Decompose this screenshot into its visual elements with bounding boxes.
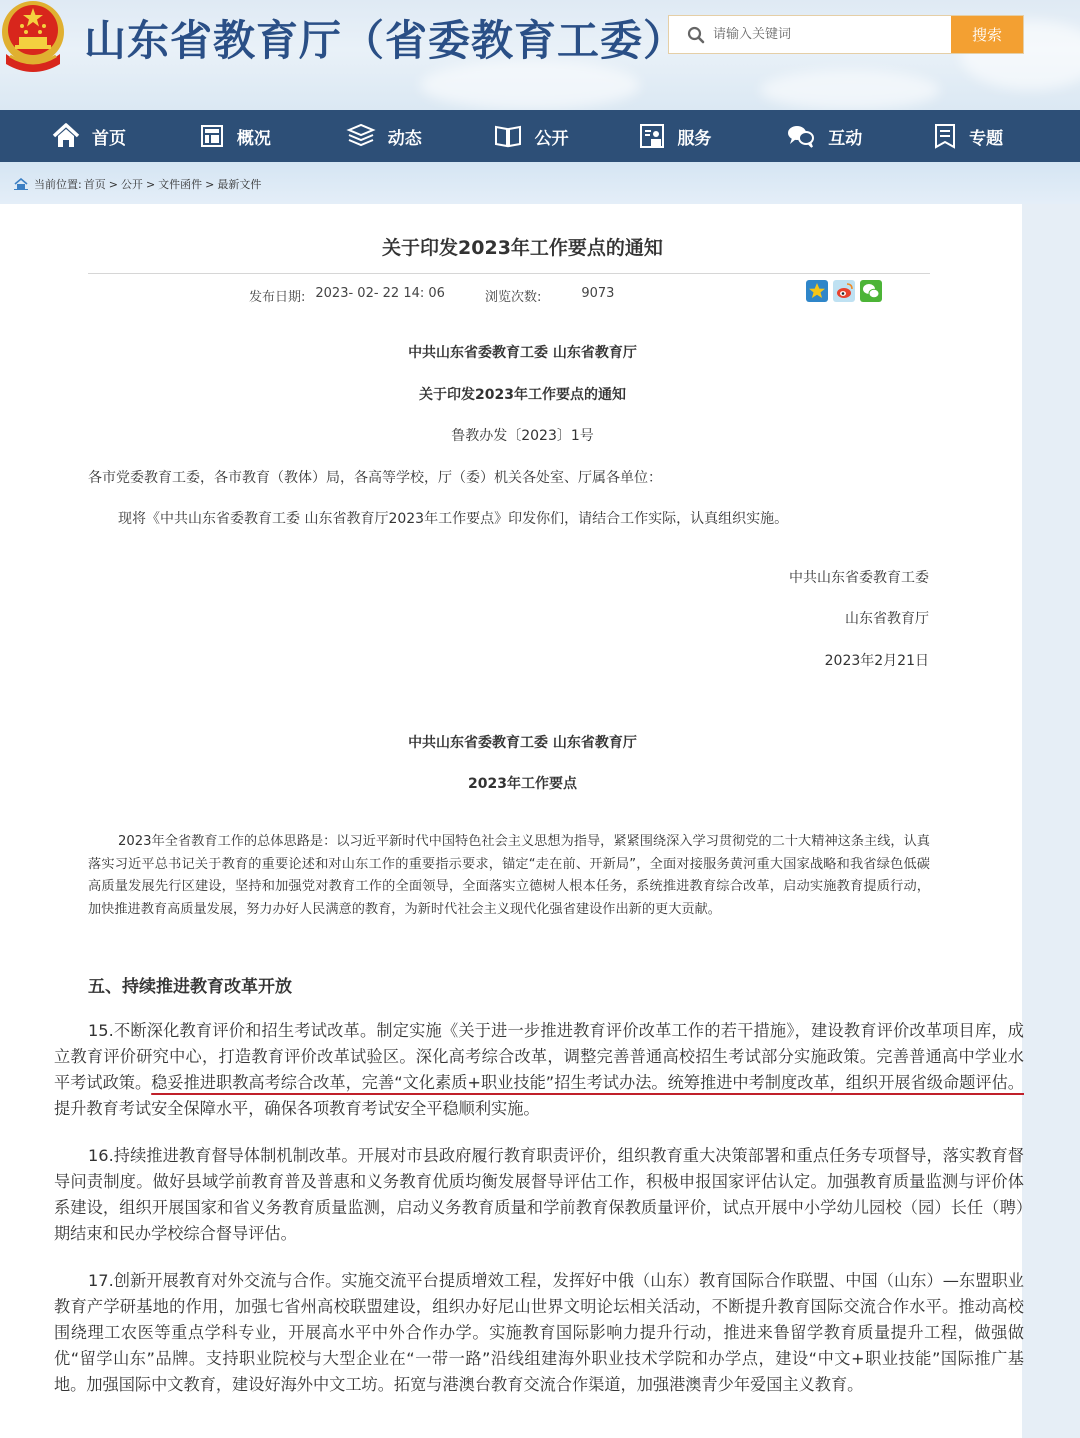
news-stack-icon xyxy=(346,123,376,149)
nav-item-home[interactable]: 首页 xyxy=(52,123,199,149)
notice-body: 现将《中共山东省委教育工委 山东省教育厅2023年工作要点》印发你们，请结合工作… xyxy=(118,508,788,528)
addressees: 各市党委教育工委，各市教育（教体）局，各高等学校，厅（委）机关各处室、厅属各单位… xyxy=(88,467,662,487)
signature-committee: 中共山东省委教育工委 xyxy=(629,567,929,587)
breadcrumb-prefix: 当前位置: xyxy=(34,176,82,192)
nav-item-interact[interactable]: 互动 xyxy=(786,123,933,149)
favorite-star-icon[interactable] xyxy=(806,280,828,302)
item-17-paragraph: 17.创新开展教育对外交流与合作。实施交流平台提质增效工程，发挥好中俄（山东）教… xyxy=(54,1268,1024,1398)
search-box: 搜索 xyxy=(668,15,1024,54)
nav-label: 服务 xyxy=(677,124,711,149)
signature-date: 2023年2月21日 xyxy=(629,650,929,670)
nav-label: 动态 xyxy=(388,124,422,149)
share-buttons xyxy=(806,280,882,302)
publish-date-label: 发布日期: xyxy=(249,286,305,305)
nav-item-overview[interactable]: 概况 xyxy=(199,123,346,149)
document-number: 鲁教办发〔2023〕1号 xyxy=(0,425,1045,445)
article-title: 关于印发2023年工作要点的通知 xyxy=(0,233,1045,260)
site-title[interactable]: 山东省教育厅（省委教育工委） xyxy=(84,8,686,68)
breadcrumb-bar: 当前位置: 首页 > 公开 > 文件函件 > 最新文件 xyxy=(0,162,1080,204)
nav-item-topics[interactable]: 专题 xyxy=(933,123,1080,149)
breadcrumb-separator: > xyxy=(109,178,118,191)
wechat-icon[interactable] xyxy=(860,280,882,302)
breadcrumb: 当前位置: 首页 > 公开 > 文件函件 > 最新文件 xyxy=(14,176,261,192)
notice-title: 关于印发2023年工作要点的通知 xyxy=(0,384,1045,404)
publish-date: 2023- 02- 22 14: 06 xyxy=(315,286,445,305)
title-divider xyxy=(88,273,930,274)
nav-label: 公开 xyxy=(535,124,569,149)
intro-paragraph: 2023年全省教育工作的总体思路是：以习近平新时代中国特色社会主义思想为指导，紧… xyxy=(88,831,930,921)
search-input[interactable] xyxy=(713,27,933,42)
nav-label: 专题 xyxy=(969,124,1003,149)
main-nav: 首页 概况 动态 公开 服务 xyxy=(0,110,1080,162)
service-icon xyxy=(639,123,665,149)
topic-doc-icon xyxy=(933,123,957,149)
nav-item-news[interactable]: 动态 xyxy=(346,123,493,149)
breadcrumb-documents[interactable]: 文件函件 xyxy=(158,176,202,192)
breadcrumb-home[interactable]: 首页 xyxy=(84,176,106,192)
search-icon xyxy=(687,26,705,44)
nav-item-service[interactable]: 服务 xyxy=(639,123,786,149)
breadcrumb-separator: > xyxy=(205,178,214,191)
site-header: 山东省教育厅（省委教育工委） 搜索 xyxy=(0,0,1080,110)
attachment-issuer: 中共山东省委教育工委 山东省教育厅 xyxy=(0,732,1045,752)
home-small-icon xyxy=(14,178,28,190)
search-button[interactable]: 搜索 xyxy=(951,16,1023,53)
cloud-decoration xyxy=(760,70,940,110)
issuer-heading: 中共山东省委教育工委 山东省教育厅 xyxy=(0,342,1045,362)
item-15-paragraph: 15.不断深化教育评价和招生考试改革。制定实施《关于进一步推进教育评价改革工作的… xyxy=(54,1018,1024,1122)
item-16-paragraph: 16.持续推进教育督导体制机制改革。开展对市县政府履行教育职责评价，组织教育重大… xyxy=(54,1143,1024,1247)
open-book-icon xyxy=(493,123,523,149)
overview-icon xyxy=(199,123,225,149)
weibo-icon[interactable] xyxy=(833,280,855,302)
article-meta: 发布日期: 2023- 02- 22 14: 06 浏览次数: 9073 xyxy=(249,286,614,305)
search-input-wrap xyxy=(669,16,951,53)
nav-label: 首页 xyxy=(92,124,126,149)
views-count: 9073 xyxy=(581,286,614,305)
attachment-title: 2023年工作要点 xyxy=(0,773,1045,793)
views-label: 浏览次数: xyxy=(485,286,541,305)
breadcrumb-separator: > xyxy=(146,178,155,191)
nav-item-open[interactable]: 公开 xyxy=(493,123,640,149)
nav-label: 概况 xyxy=(237,124,271,149)
home-icon xyxy=(52,123,80,149)
national-emblem-icon xyxy=(0,0,68,74)
signature-department: 山东省教育厅 xyxy=(629,608,929,628)
item-15-text-end: 提升教育考试安全保障水平，确保各项教育考试安全平稳顺利实施。 xyxy=(54,1099,540,1118)
breadcrumb-latest[interactable]: 最新文件 xyxy=(217,176,261,192)
chat-bubbles-icon xyxy=(786,123,816,149)
item-15-highlight: 稳妥推进职教高考综合改革，完善“文化素质+职业技能”招生考试办法。统筹推进中考制… xyxy=(151,1073,1024,1092)
nav-label: 互动 xyxy=(828,124,862,149)
section-heading: 五、持续推进教育改革开放 xyxy=(88,972,292,997)
breadcrumb-open[interactable]: 公开 xyxy=(121,176,143,192)
